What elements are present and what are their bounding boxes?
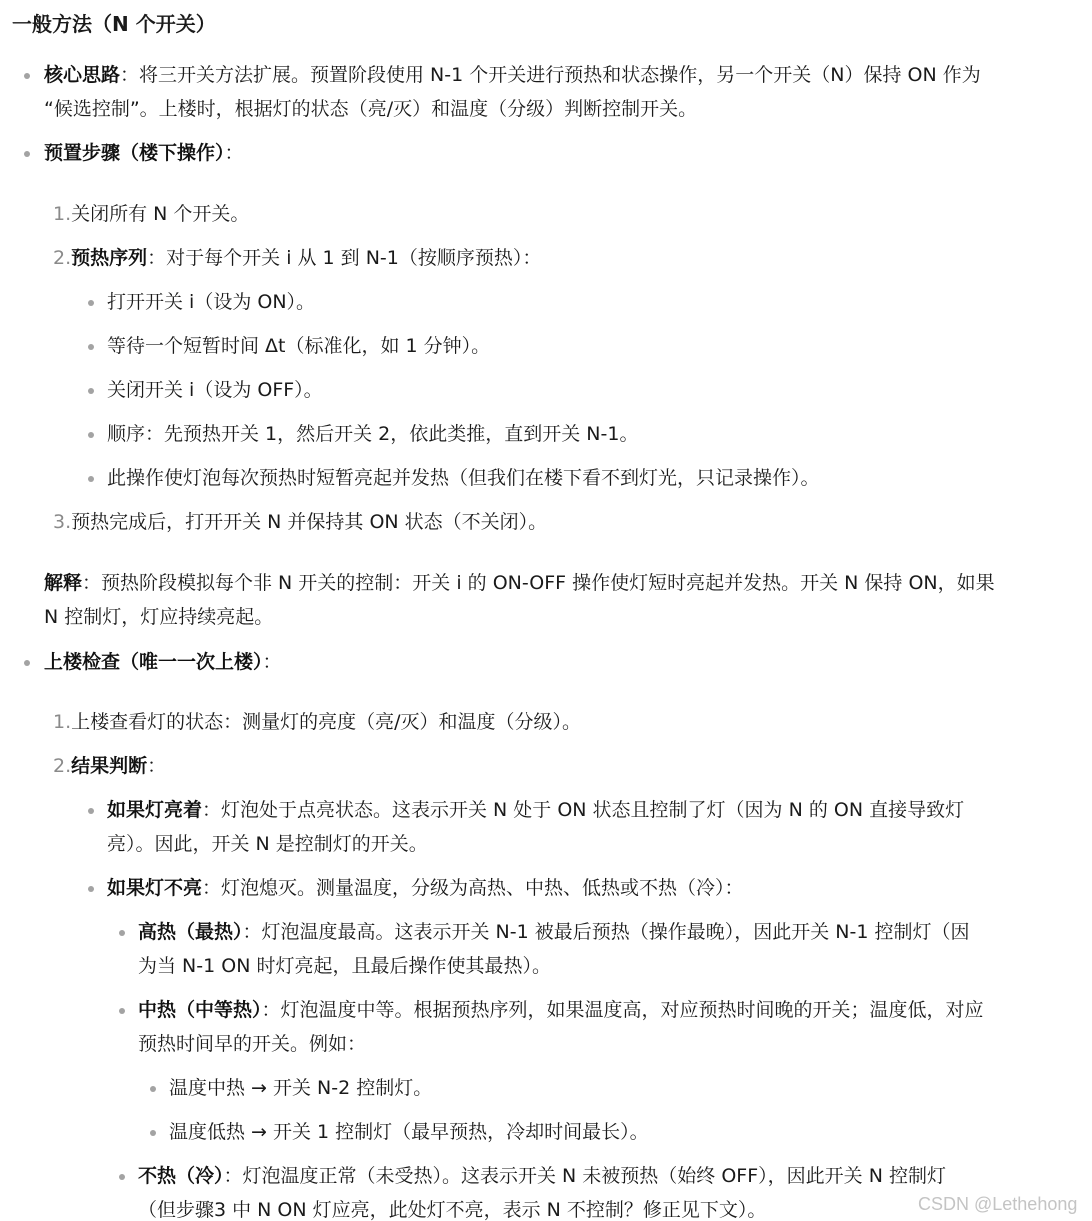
- warm-example: 温度低热 → 开关 1 控制灯（最早预热，冷却时间最长）。: [169, 1116, 649, 1149]
- bullet-icon: [88, 300, 94, 306]
- bullet-icon: [24, 151, 30, 157]
- hot-line1: 高热（最热）：灯泡温度最高。这表示开关 N-1 被最后预热（操作最晚），因此开关…: [138, 916, 970, 949]
- bullet-icon: [24, 73, 30, 79]
- hot-line2: 为当 N-1 ON 时灯亮起，且最后操作使其最热）。: [138, 950, 551, 983]
- preset-step-1: 1.关闭所有 N 个开关。: [53, 198, 249, 231]
- bullet-icon: [150, 1086, 156, 1092]
- bullet-icon: [119, 1008, 125, 1014]
- core-idea-line2: “候选控制”。上楼时，根据灯的状态（亮/灭）和温度（分级）判断控制开关。: [44, 93, 697, 126]
- watermark: CSDN @Lethehong: [918, 1190, 1077, 1218]
- explanation-line2: N 控制灯，灯应持续亮起。: [44, 601, 273, 634]
- upstairs-heading: 上楼检查（唯一一次上楼）：: [44, 646, 282, 679]
- preset-step-2: 2.预热序列：对于每个开关 i 从 1 到 N-1（按顺序预热）：: [53, 242, 541, 275]
- cold-line1: 不热（冷）：灯泡温度正常（未受热）。这表示开关 N 未被预热（始终 OFF），因…: [138, 1160, 946, 1193]
- preheat-subitem: 打开开关 i（设为 ON）。: [107, 286, 315, 319]
- bullet-icon: [24, 660, 30, 666]
- warm-line2: 预热时间早的开关。例如：: [138, 1028, 366, 1061]
- preset-heading: 预置步骤（楼下操作）：: [44, 137, 244, 170]
- result-lit-line1: 如果灯亮着：灯泡处于点亮状态。这表示开关 N 处于 ON 状态且控制了灯（因为 …: [107, 794, 964, 827]
- bullet-icon: [88, 432, 94, 438]
- core-idea-line1: 核心思路：将三开关方法扩展。预置阶段使用 N-1 个开关进行预热和状态操作，另一…: [44, 59, 981, 92]
- section-heading: 一般方法（N 个开关）: [12, 8, 216, 41]
- preheat-subitem: 等待一个短暂时间 Δt（标准化，如 1 分钟）。: [107, 330, 490, 363]
- warm-example: 温度中热 → 开关 N-2 控制灯。: [169, 1072, 432, 1105]
- warm-line1: 中热（中等热）：灯泡温度中等。根据预热序列，如果温度高，对应预热时间晚的开关；温…: [138, 994, 984, 1027]
- preheat-subitem: 此操作使灯泡每次预热时短暂亮起并发热（但我们在楼下看不到灯光，只记录操作）。: [107, 462, 820, 495]
- bullet-icon: [119, 1174, 125, 1180]
- preset-step-3: 3.预热完成后，打开开关 N 并保持其 ON 状态（不关闭）。: [53, 506, 547, 539]
- result-unlit: 如果灯不亮：灯泡熄灭。测量温度，分级为高热、中热、低热或不热（冷）：: [107, 872, 744, 905]
- bullet-icon: [88, 388, 94, 394]
- preheat-subitem: 顺序：先预热开关 1，然后开关 2，依此类推，直到开关 N-1。: [107, 418, 638, 451]
- explanation-line1: 解释：预热阶段模拟每个非 N 开关的控制：开关 i 的 ON-OFF 操作使灯短…: [44, 567, 995, 600]
- bullet-icon: [88, 344, 94, 350]
- upstairs-step-1: 1.上楼查看灯的状态：测量灯的亮度（亮/灭）和温度（分级）。: [53, 706, 581, 739]
- bullet-icon: [150, 1130, 156, 1136]
- core-idea-label: 核心思路: [44, 64, 120, 86]
- cold-line2: （但步骤3 中 N ON 灯应亮，此处灯不亮，表示 N 不控制？修正见下文）。: [138, 1194, 766, 1221]
- bullet-icon: [88, 476, 94, 482]
- result-lit-line2: 亮）。因此，开关 N 是控制灯的开关。: [107, 828, 428, 861]
- preheat-subitem: 关闭开关 i（设为 OFF）。: [107, 374, 323, 407]
- bullet-icon: [119, 930, 125, 936]
- bullet-icon: [88, 886, 94, 892]
- bullet-icon: [88, 808, 94, 814]
- upstairs-step-2: 2.结果判断：: [53, 750, 166, 783]
